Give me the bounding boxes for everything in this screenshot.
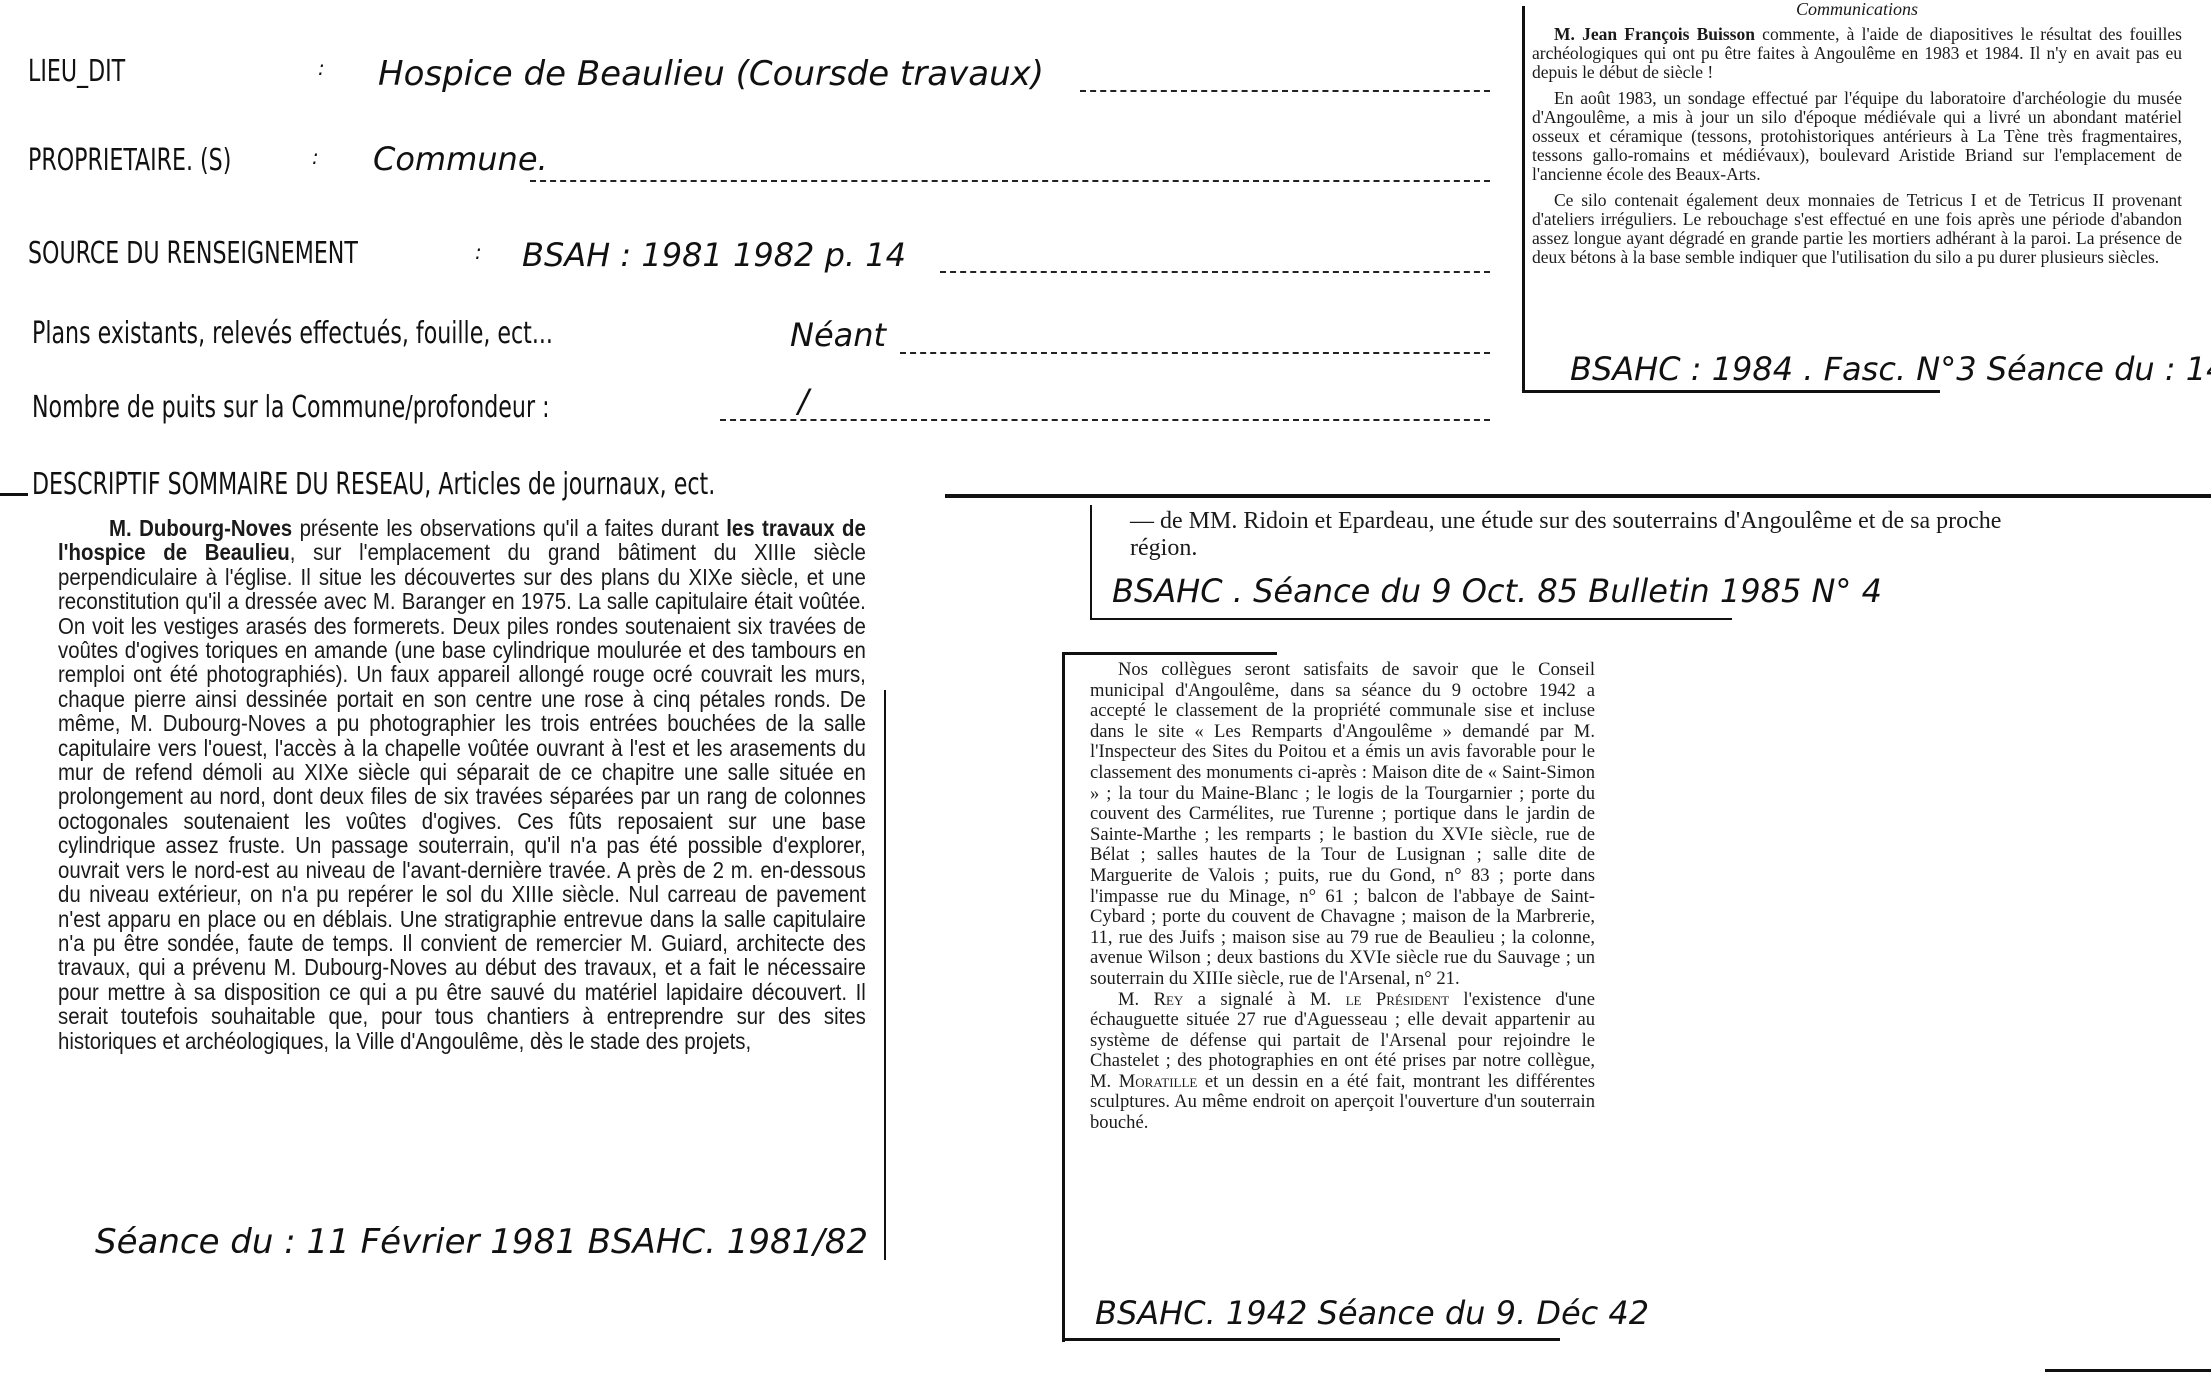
article-classement-1942: Nos collègues seront satisfaits de savoi… [1090,660,1595,1134]
source-note-1942: BSAHC. 1942 Séance du 9. Déc 42 [1095,1294,1649,1332]
article-paragraph: M. Dubourg-Noves présente les observatio… [58,516,866,1053]
fill-line [900,352,1490,354]
fill-line [940,271,1490,273]
clipping-border-right [884,690,886,1260]
article-beaulieu-1981: M. Dubourg-Noves présente les observatio… [58,516,866,1053]
edge-rule [2045,1369,2211,1372]
author-name: M. Jean François Buisson [1554,24,1755,44]
article-paragraph: M. Rey a signalé à M. le Président l'exi… [1090,990,1595,1134]
field-value-lieu-dit: Hospice de Beaulieu (Coursde travaux) [378,54,1044,94]
field-value-proprietaire: Commune. [373,140,548,178]
clipping-paragraph: M. Jean François Buisson commente, à l'a… [1532,25,2182,82]
section-rule [945,494,2211,498]
section-heading: DESCRIPTIF SOMMAIRE DU RESEAU, Articles … [32,467,715,502]
field-label-source: SOURCE DU RENSEIGNEMENT [28,236,358,271]
field-separator: : [312,145,319,169]
field-label-lieu-dit: LIEU_DIT [28,54,125,89]
clipping-border-top [1062,652,1277,655]
fill-line [720,419,1490,421]
clipping-border-bottom [1522,390,1940,393]
field-label-puits: Nombre de puits sur la Commune/profondeu… [32,390,550,425]
source-note-1981: Séance du : 11 Février 1981 BSAHC. 1981/… [95,1222,868,1262]
field-value-source: BSAH : 1981 1982 p. 14 [522,236,906,274]
article-paragraph: Nos collègues seront satisfaits de savoi… [1090,660,1595,990]
clipping-communications: Communications M. Jean François Buisson … [1532,0,2182,274]
clipping-border-bottom [1092,618,1732,620]
clipping-paragraph: En août 1983, un sondage effectué par l'… [1532,89,2182,184]
field-separator: : [475,240,482,264]
fill-line [1080,90,1490,92]
source-note-1985: BSAHC . Séance du 9 Oct. 85 Bulletin 198… [1112,572,1882,610]
clipping-border-left [1090,505,1092,620]
field-value-puits: / [798,382,809,420]
field-label-proprietaire: PROPRIETAIRE. (S) [28,143,231,178]
fill-line [530,180,1490,182]
clipping-heading: Communications [1532,0,2182,19]
article-souterrains-1985: — de MM. Ridoin et Epardeau, une étude s… [1130,508,2030,562]
clipping-border-bottom [1062,1338,1560,1341]
clipping-border-left [1062,652,1065,1342]
field-label-plans: Plans existants, relevés effectués, foui… [32,316,553,351]
field-separator: : [318,56,325,80]
source-note-1984: BSAHC : 1984 . Fasc. N°3 Séance du : 14.… [1570,350,2211,388]
clipping-border-left [1522,6,1525,392]
clipping-paragraph: Ce silo contenait également deux monnaie… [1532,191,2182,267]
section-rule-left [0,493,28,496]
field-value-plans: Néant [790,316,886,354]
author-name: M. Dubourg-Noves [109,515,292,541]
